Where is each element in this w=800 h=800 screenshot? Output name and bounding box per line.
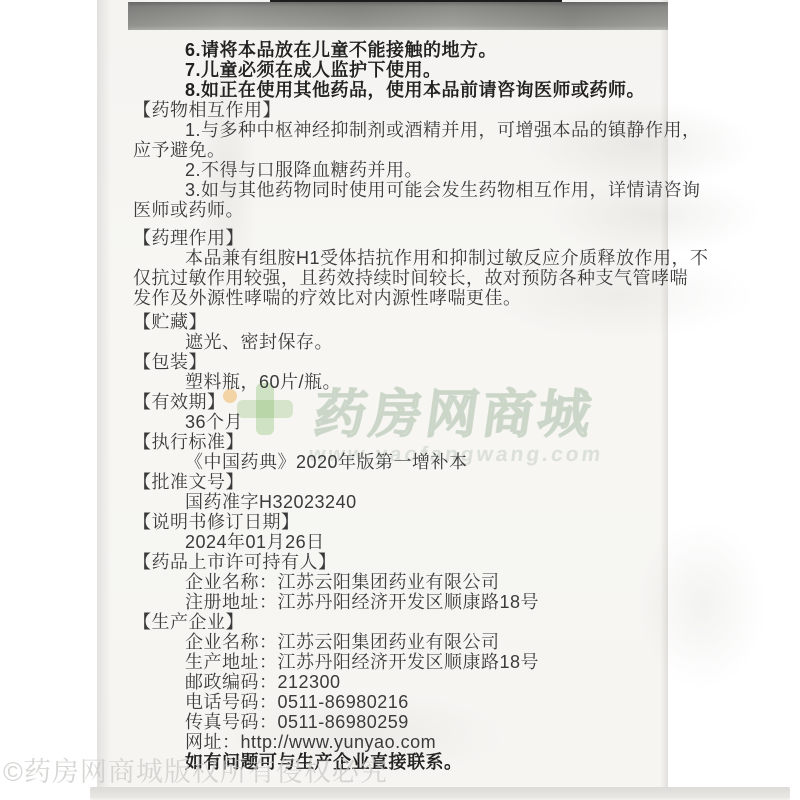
leaflet-line: 6.请将本品放在儿童不能接触的地方。 <box>133 40 653 60</box>
leaflet-line: 【有效期】 <box>133 392 653 412</box>
leaflet-line: 传真号码：0511-86980259 <box>133 712 653 732</box>
leaflet-line: 应予避免。 <box>133 140 653 160</box>
scan-bottom-shadow <box>90 787 790 800</box>
leaflet-line: 塑料瓶，60片/瓶。 <box>133 372 653 392</box>
leaflet-line: 如有问题可与生产企业直接联系。 <box>133 752 653 772</box>
leaflet-line: 遮光、密封保存。 <box>133 332 653 352</box>
leaflet-line: 《中国药典》2020年版第一增补本 <box>133 452 653 472</box>
leaflet-line: 仅抗过敏作用较强，且药效持续时间较长，故对预防各种支气管哮喘 <box>133 268 653 288</box>
leaflet-line: 2.不得与口服降血糖药并用。 <box>133 160 653 180</box>
leaflet-line: 发作及外源性哮喘的疗效比对内源性哮喘更佳。 <box>133 288 653 308</box>
leaflet-line: 本品兼有组胺H1受体拮抗作用和抑制过敏反应介质释放作用，不 <box>133 248 653 268</box>
leaflet-line: 生产地址：江苏丹阳经济开发区顺康路18号 <box>133 652 653 672</box>
leaflet-line: 国药准字H32023240 <box>133 492 653 512</box>
leaflet-line: 3.如与其他药物同时使用可能会发生药物相互作用，详情请咨询 <box>133 180 653 200</box>
leaflet-line: 【说明书修订日期】 <box>133 512 653 532</box>
leaflet-line: 邮政编码：212300 <box>133 672 653 692</box>
leaflet-line: 网址：http://www.yunyao.com <box>133 732 653 752</box>
leaflet-line: 注册地址：江苏丹阳经济开发区顺康路18号 <box>133 592 653 612</box>
leaflet-line: 1.与多种中枢神经抑制剂或酒精并用，可增强本品的镇静作用， <box>133 120 653 140</box>
leaflet-line: 【药物相互作用】 <box>133 100 653 120</box>
leaflet-line: 【贮藏】 <box>133 312 653 332</box>
leaflet-line: 【执行标准】 <box>133 432 653 452</box>
leaflet-line: 【批准文号】 <box>133 472 653 492</box>
scan-top-bar <box>128 2 668 30</box>
leaflet-text: 6.请将本品放在儿童不能接触的地方。7.儿童必须在成人监护下使用。8.如正在使用… <box>133 40 653 772</box>
leaflet-line: 企业名称：江苏云阳集团药业有限公司 <box>133 572 653 592</box>
leaflet-line: 电话号码：0511-86980216 <box>133 692 653 712</box>
paper-left-edge-shadow <box>97 0 111 790</box>
leaflet-line: 【包装】 <box>133 352 653 372</box>
leaflet-line: 7.儿童必须在成人监护下使用。 <box>133 60 653 80</box>
leaflet-line: 【生产企业】 <box>133 612 653 632</box>
leaflet-line: 2024年01月26日 <box>133 532 653 552</box>
scan-artifact <box>637 520 767 690</box>
leaflet-line: 【药理作用】 <box>133 228 653 248</box>
leaflet-line: 【药品上市许可持有人】 <box>133 552 653 572</box>
leaflet-line: 医师或药师。 <box>133 200 653 220</box>
leaflet-page: 药房网商城 www.yaofangwang.com 6.请将本品放在儿童不能接触… <box>97 0 668 790</box>
leaflet-line: 企业名称：江苏云阳集团药业有限公司 <box>133 632 653 652</box>
paper-right-edge-shadow <box>660 0 668 790</box>
drug-leaflet-scan: 药房网商城 www.yaofangwang.com 6.请将本品放在儿童不能接触… <box>0 0 800 800</box>
leaflet-line: 36个月 <box>133 412 653 432</box>
leaflet-line: 8.如正在使用其他药品，使用本品前请咨询医师或药师。 <box>133 80 653 100</box>
